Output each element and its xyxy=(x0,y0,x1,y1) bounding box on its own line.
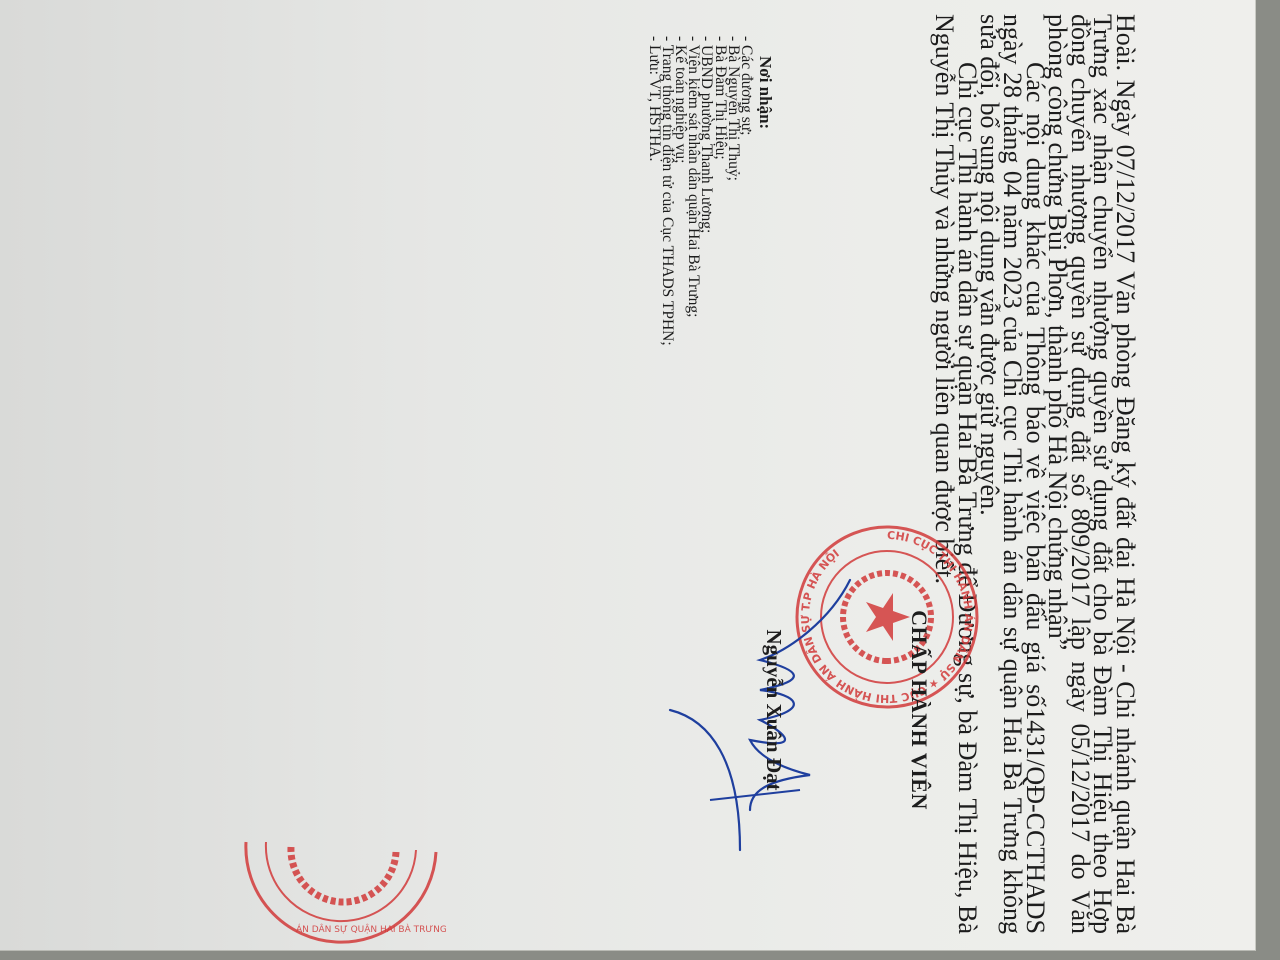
paragraph-1: Hoài. Ngày 07/12/2017 Văn phòng Đăng ký … xyxy=(1046,14,1136,934)
signature-title: CHẤP HÀNH VIÊN xyxy=(906,560,932,860)
paragraph-2: Các nội dung khác của Thông báo về việc … xyxy=(978,14,1046,934)
partial-seal-text: ÁN DÂN SỰ QUẬN HAI BÀ TRƯNG ★ T.P HÀ NỘI xyxy=(296,923,446,935)
paper-sheet: Hoài. Ngày 07/12/2017 Văn phòng Đăng ký … xyxy=(0,0,1256,951)
partial-seal-icon: ÁN DÂN SỰ QUẬN HAI BÀ TRƯNG ★ T.P HÀ NỘI xyxy=(236,832,446,952)
signer-name: Nguyễn Xuân Đạt xyxy=(761,560,786,860)
signature-block: CHẤP HÀNH VIÊN Nguyễn Xuân Đạt xyxy=(906,560,932,860)
rotated-document: Hoài. Ngày 07/12/2017 Văn phòng Đăng ký … xyxy=(0,0,1240,960)
paragraph-3: Chi cục Thi hành án dân sự quận Hai Bà T… xyxy=(933,14,978,934)
document-body: Hoài. Ngày 07/12/2017 Văn phòng Đăng ký … xyxy=(933,14,1136,934)
